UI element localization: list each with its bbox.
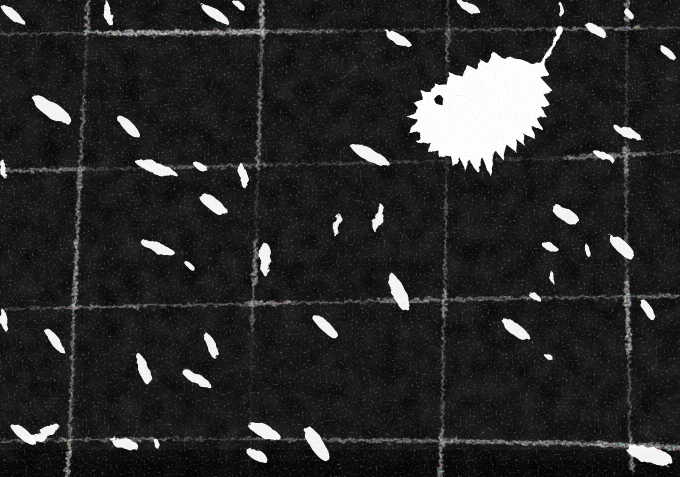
film-grain-dark bbox=[0, 0, 680, 477]
photo-frame bbox=[0, 0, 680, 477]
night-pavement-photo bbox=[0, 0, 680, 477]
